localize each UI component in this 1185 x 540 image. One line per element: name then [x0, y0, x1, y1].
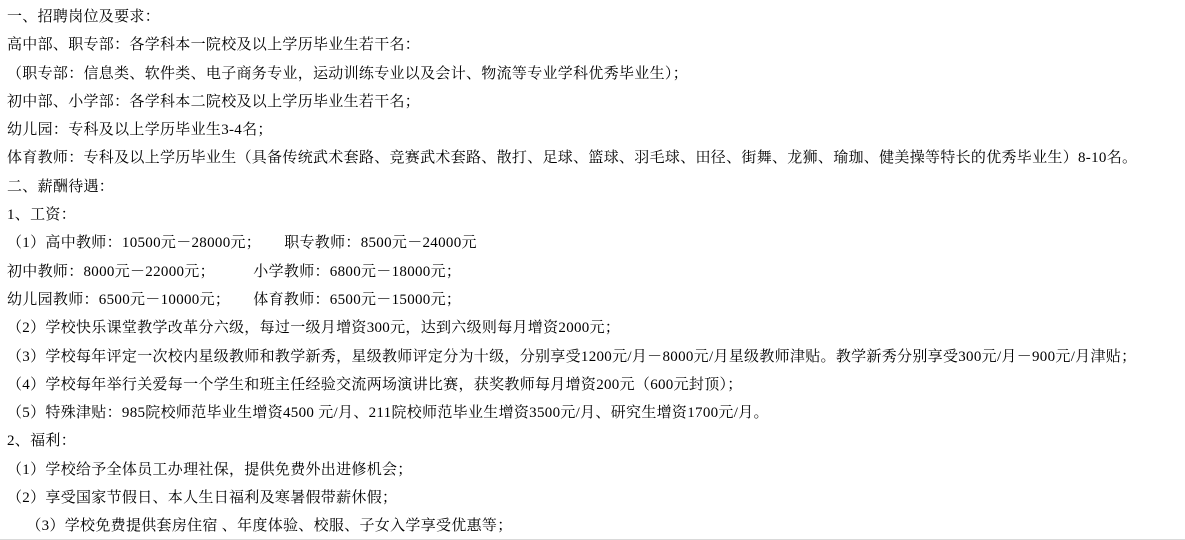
- heading-recruitment: 一、招聘岗位及要求：: [7, 3, 1177, 31]
- line-star-teacher-allowance: （3）学校每年评定一次校内星级教师和教学新秀，星级教师评定分为十级，分别享受12…: [7, 343, 1177, 371]
- line-salary-highschool-vocational: （1）高中教师：10500元－28000元； 职专教师：8500元－24000元: [7, 229, 1177, 257]
- line-salary-kindergarten-pe: 幼儿园教师：6500元－10000元； 体育教师：6500元－15000元；: [7, 286, 1177, 314]
- heading-salary: 1、工资：: [7, 201, 1177, 229]
- line-pe-teacher: 体育教师：专科及以上学历毕业生（具备传统武术套路、竞赛武术套路、散打、足球、篮球…: [7, 144, 1177, 172]
- line-special-allowance: （5）特殊津贴：985院校师范毕业生增资4500 元/月、211院校师范毕业生增…: [7, 399, 1177, 427]
- line-welfare-housing-benefits: （3）学校免费提供套房住宿 、年度体验、校服、子女入学享受优惠等；: [7, 512, 1177, 540]
- line-welfare-holidays: （2）享受国家节假日、本人生日福利及寒暑假带薪休假；: [7, 484, 1177, 512]
- recruitment-document: 一、招聘岗位及要求： 高中部、职专部：各学科本一院校及以上学历毕业生若干名： （…: [0, 0, 1185, 540]
- line-speech-contest-raise: （4）学校每年举行关爱每一个学生和班主任经验交流两场演讲比赛，获奖教师每月增资2…: [7, 371, 1177, 399]
- line-middle-primary-dept: 初中部、小学部：各学科本二院校及以上学历毕业生若干名；: [7, 88, 1177, 116]
- heading-welfare: 2、福利：: [7, 427, 1177, 455]
- line-kindergarten: 幼儿园：专科及以上学历毕业生3-4名；: [7, 116, 1177, 144]
- heading-compensation: 二、薪酬待遇：: [7, 173, 1177, 201]
- line-vocational-majors-note: （职专部：信息类、软件类、电子商务专业，运动训练专业以及会计、物流等专业学科优秀…: [7, 60, 1177, 88]
- line-highschool-vocational-dept: 高中部、职专部：各学科本一院校及以上学历毕业生若干名：: [7, 31, 1177, 59]
- line-salary-middle-primary: 初中教师：8000元－22000元； 小学教师：6800元－18000元；: [7, 258, 1177, 286]
- line-happy-classroom-raise: （2）学校快乐课堂教学改革分六级，每过一级月增资300元，达到六级则每月增资20…: [7, 314, 1177, 342]
- line-welfare-social-security: （1）学校给予全体员工办理社保，提供免费外出进修机会；: [7, 456, 1177, 484]
